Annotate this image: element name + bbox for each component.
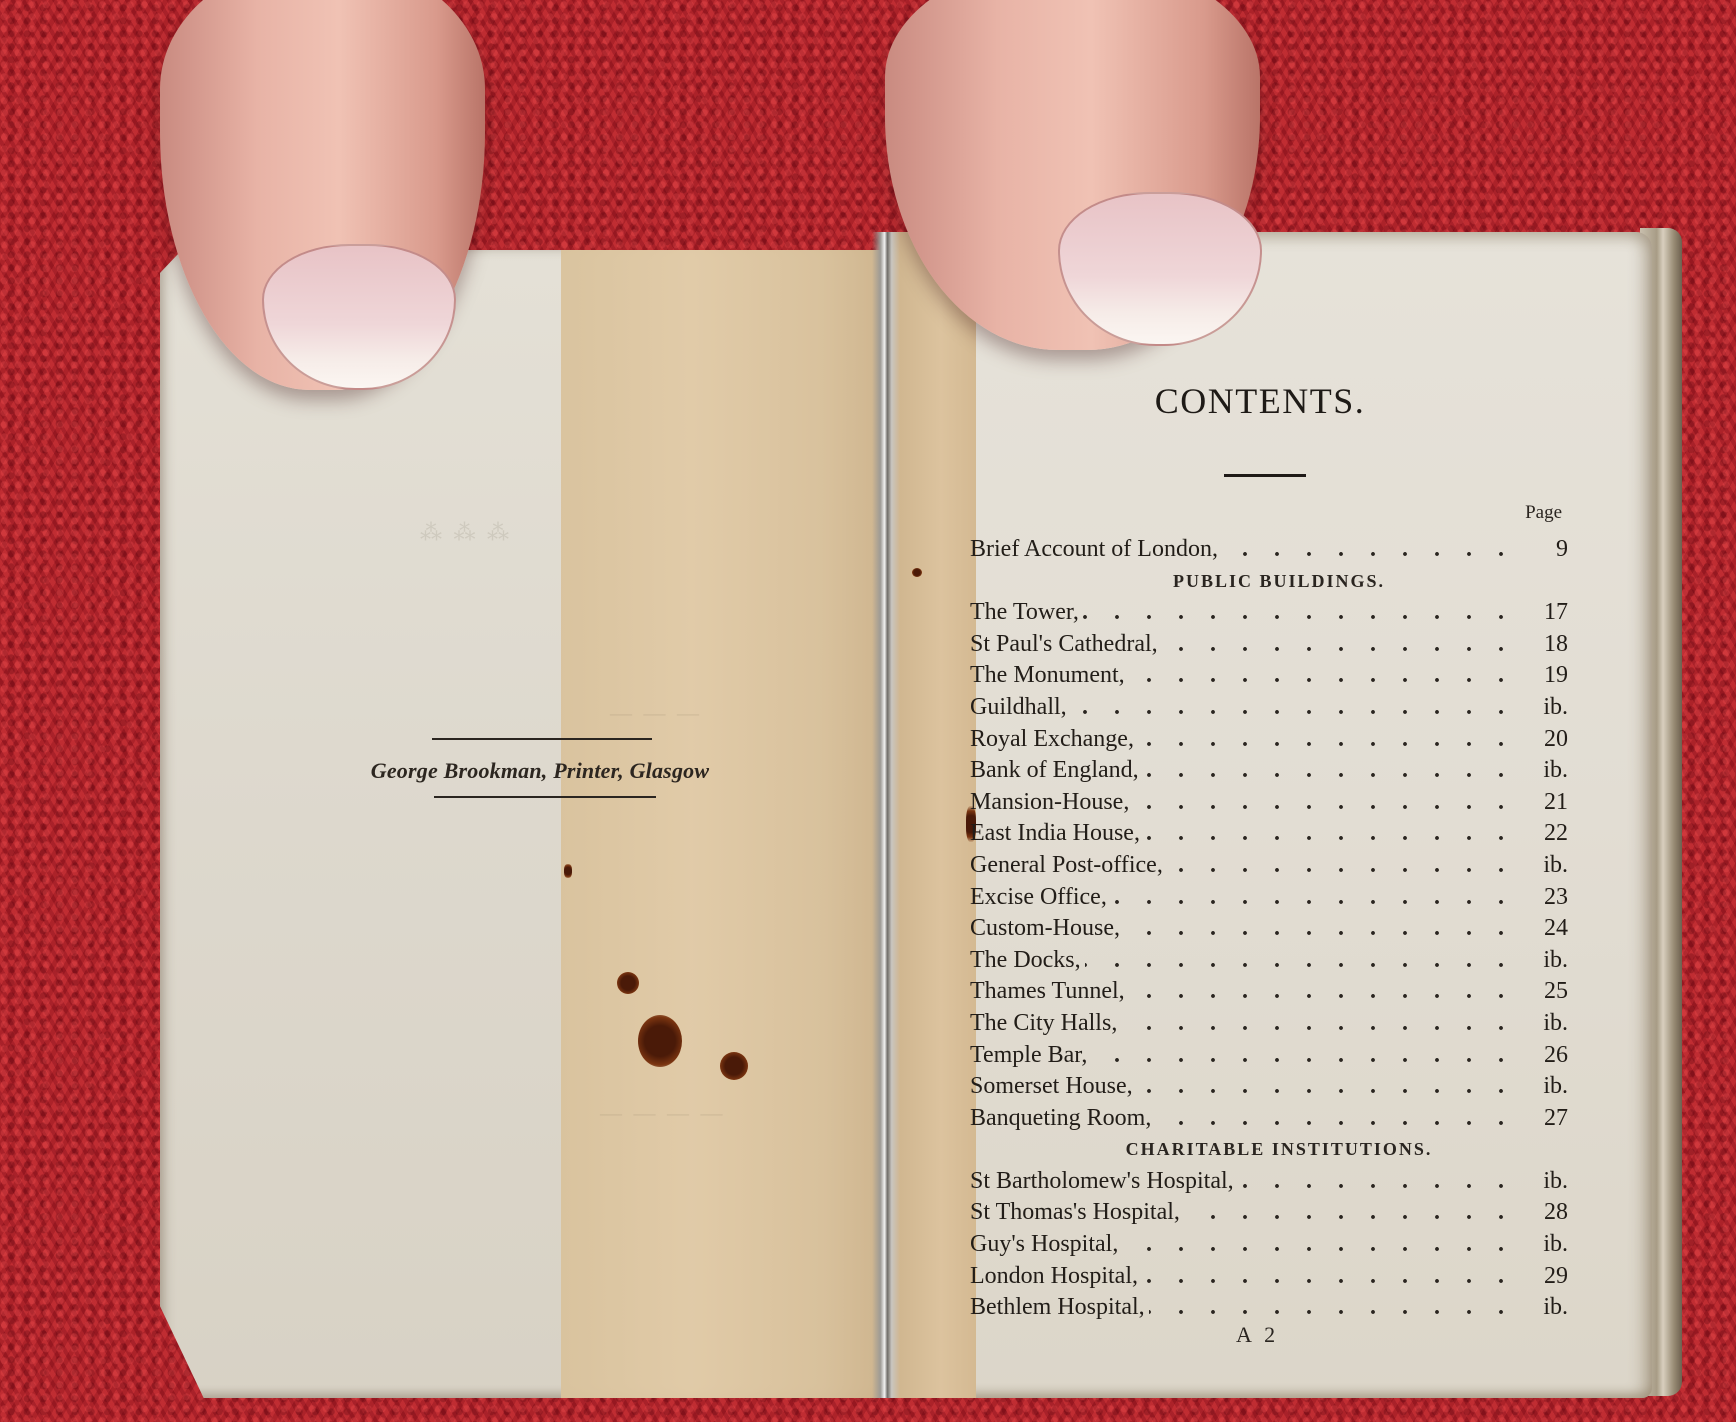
toc-entry-title: Banqueting Room, — [970, 1103, 1151, 1135]
tape-repair-right — [888, 232, 976, 1398]
book-gutter — [872, 232, 900, 1398]
toc-section-heading: CHARITABLE INSTITUTIONS. — [970, 1134, 1568, 1166]
dot-leader: ........................................ — [1091, 1040, 1530, 1072]
toc-entry-page: 20 — [1534, 724, 1568, 756]
toc-entry-title: The City Halls, — [970, 1008, 1117, 1040]
toc-entry: The Monument,...........................… — [970, 660, 1568, 692]
toc-entry-page: ib. — [1534, 850, 1568, 882]
toc-entry-title: Temple Bar, — [970, 1040, 1087, 1072]
dot-leader: ........................................ — [1155, 1103, 1530, 1135]
page-column-label: Page — [1480, 502, 1562, 524]
toc-entry: Thames Tunnel,..........................… — [970, 976, 1568, 1008]
dot-leader: ........................................ — [1167, 850, 1530, 882]
dot-leader: ........................................ — [1162, 629, 1530, 661]
toc-entry: General Post-office,....................… — [970, 850, 1568, 882]
dot-leader: ........................................ — [1222, 534, 1530, 566]
toc-entry: East India House,.......................… — [970, 818, 1568, 850]
toc-entry: Custom-House,...........................… — [970, 913, 1568, 945]
toc-entry-title: Guy's Hospital, — [970, 1229, 1118, 1261]
toc-entry: Bank of England,........................… — [970, 755, 1568, 787]
toc-entry: Brief Account of London,................… — [970, 534, 1568, 566]
dot-leader: ........................................ — [1143, 755, 1530, 787]
toc-entry-title: St Paul's Cathedral, — [970, 629, 1158, 661]
toc-section-heading: PUBLIC BUILDINGS. — [970, 566, 1568, 598]
toc-entry-page: 19 — [1534, 660, 1568, 692]
toc-entry-page: 23 — [1534, 882, 1568, 914]
dot-leader: ........................................ — [1124, 913, 1530, 945]
toc-entry-title: Bethlem Hospital, — [970, 1292, 1145, 1324]
toc-entry: Banqueting Room,........................… — [970, 1103, 1568, 1135]
toc-entry-title: Bank of England, — [970, 755, 1139, 787]
toc-entry: Guy's Hospital,.........................… — [970, 1229, 1568, 1261]
toc-entry-title: Mansion-House, — [970, 787, 1129, 819]
toc-entry: Royal Exchange,.........................… — [970, 724, 1568, 756]
toc-entry: Guildhall,..............................… — [970, 692, 1568, 724]
toc-entry-page: 25 — [1534, 976, 1568, 1008]
dot-leader: ........................................ — [1138, 724, 1530, 756]
toc-entry: London Hospital,........................… — [970, 1261, 1568, 1293]
toc-entry-page: ib. — [1534, 1229, 1568, 1261]
show-through-text: ⁂ ⁂ ⁂ — [420, 520, 512, 546]
toc-entry-page: ib. — [1534, 1166, 1568, 1198]
toc-entry-title: Somerset House, — [970, 1071, 1133, 1103]
dot-leader: ........................................ — [1083, 597, 1530, 629]
toc-entry-page: 26 — [1534, 1040, 1568, 1072]
toc-entry-title: Royal Exchange, — [970, 724, 1134, 756]
toc-entry-title: Thames Tunnel, — [970, 976, 1125, 1008]
toc-entry: Mansion-House,..........................… — [970, 787, 1568, 819]
show-through-text: — — — — — [600, 1100, 726, 1126]
title-rule — [1224, 474, 1306, 477]
dot-leader: ........................................ — [1122, 1229, 1530, 1261]
toc-entry: Bethlem Hospital,.......................… — [970, 1292, 1568, 1324]
foxing-stain — [638, 1015, 682, 1067]
toc-entry-title: St Bartholomew's Hospital, — [970, 1166, 1234, 1198]
imprint-rule-top — [432, 738, 652, 740]
toc-entry-page: 29 — [1534, 1261, 1568, 1293]
toc-entry-page: 9 — [1534, 534, 1568, 566]
toc-entry: Temple Bar,.............................… — [970, 1040, 1568, 1072]
toc-entry-title: The Tower, — [970, 597, 1079, 629]
dot-leader: ........................................ — [1121, 1008, 1530, 1040]
toc-entry-page: ib. — [1534, 1008, 1568, 1040]
toc-entry: The Tower,..............................… — [970, 597, 1568, 629]
toc-entry-title: St Thomas's Hospital, — [970, 1197, 1180, 1229]
toc-entry-page: ib. — [1534, 945, 1568, 977]
tape-repair-left — [561, 250, 888, 1398]
toc-entry-title: Excise Office, — [970, 882, 1107, 914]
dot-leader: ........................................ — [1149, 1292, 1530, 1324]
toc-entry-title: The Monument, — [970, 660, 1125, 692]
toc-entry: St Bartholomew's Hospital,..............… — [970, 1166, 1568, 1198]
toc-entry-page: ib. — [1534, 692, 1568, 724]
page-title: CONTENTS. — [1080, 380, 1440, 422]
toc-entry-page: 22 — [1534, 818, 1568, 850]
toc-entry-page: ib. — [1534, 1071, 1568, 1103]
dot-leader: ........................................ — [1238, 1166, 1530, 1198]
dot-leader: ........................................ — [1085, 945, 1530, 977]
toc-entry-page: 24 — [1534, 913, 1568, 945]
show-through-text: — — — — [610, 700, 702, 726]
toc-entry: Excise Office,..........................… — [970, 882, 1568, 914]
toc-entry: The Docks,..............................… — [970, 945, 1568, 977]
toc-entry-page: 18 — [1534, 629, 1568, 661]
dot-leader: ........................................ — [1137, 1071, 1530, 1103]
foxing-stain — [720, 1052, 748, 1080]
table-of-contents: Brief Account of London,................… — [970, 534, 1568, 1324]
toc-entry-title: London Hospital, — [970, 1261, 1138, 1293]
toc-entry-page: ib. — [1534, 1292, 1568, 1324]
toc-entry-page: 27 — [1534, 1103, 1568, 1135]
dot-leader: ........................................ — [1129, 976, 1530, 1008]
toc-entry-title: General Post-office, — [970, 850, 1163, 882]
toc-entry: St Thomas's Hospital,...................… — [970, 1197, 1568, 1229]
signature-mark: A 2 — [1236, 1322, 1279, 1348]
toc-entry-title: Guildhall, — [970, 692, 1067, 724]
toc-entry: The City Halls,.........................… — [970, 1008, 1568, 1040]
toc-entry-page: 17 — [1534, 597, 1568, 629]
toc-entry-page: 28 — [1534, 1197, 1568, 1229]
dot-leader: ........................................ — [1142, 1261, 1530, 1293]
imprint-rule-bottom — [434, 796, 656, 798]
toc-entry-title: Brief Account of London, — [970, 534, 1218, 566]
dot-leader: ........................................ — [1184, 1197, 1530, 1229]
foxing-stain — [912, 568, 922, 577]
toc-entry-title: The Docks, — [970, 945, 1081, 977]
toc-entry-title: East India House, — [970, 818, 1140, 850]
toc-entry-title: Custom-House, — [970, 913, 1120, 945]
printer-imprint: George Brookman, Printer, Glasgow — [350, 758, 730, 784]
dot-leader: ........................................ — [1071, 692, 1530, 724]
foxing-stain — [617, 972, 639, 994]
toc-entry: Somerset House,.........................… — [970, 1071, 1568, 1103]
foxing-stain — [564, 864, 572, 878]
toc-entry: St Paul's Cathedral,....................… — [970, 629, 1568, 661]
dot-leader: ........................................ — [1144, 818, 1530, 850]
dot-leader: ........................................ — [1133, 787, 1530, 819]
toc-entry-page: ib. — [1534, 755, 1568, 787]
dot-leader: ........................................ — [1129, 660, 1530, 692]
toc-entry-page: 21 — [1534, 787, 1568, 819]
dot-leader: ........................................ — [1111, 882, 1530, 914]
